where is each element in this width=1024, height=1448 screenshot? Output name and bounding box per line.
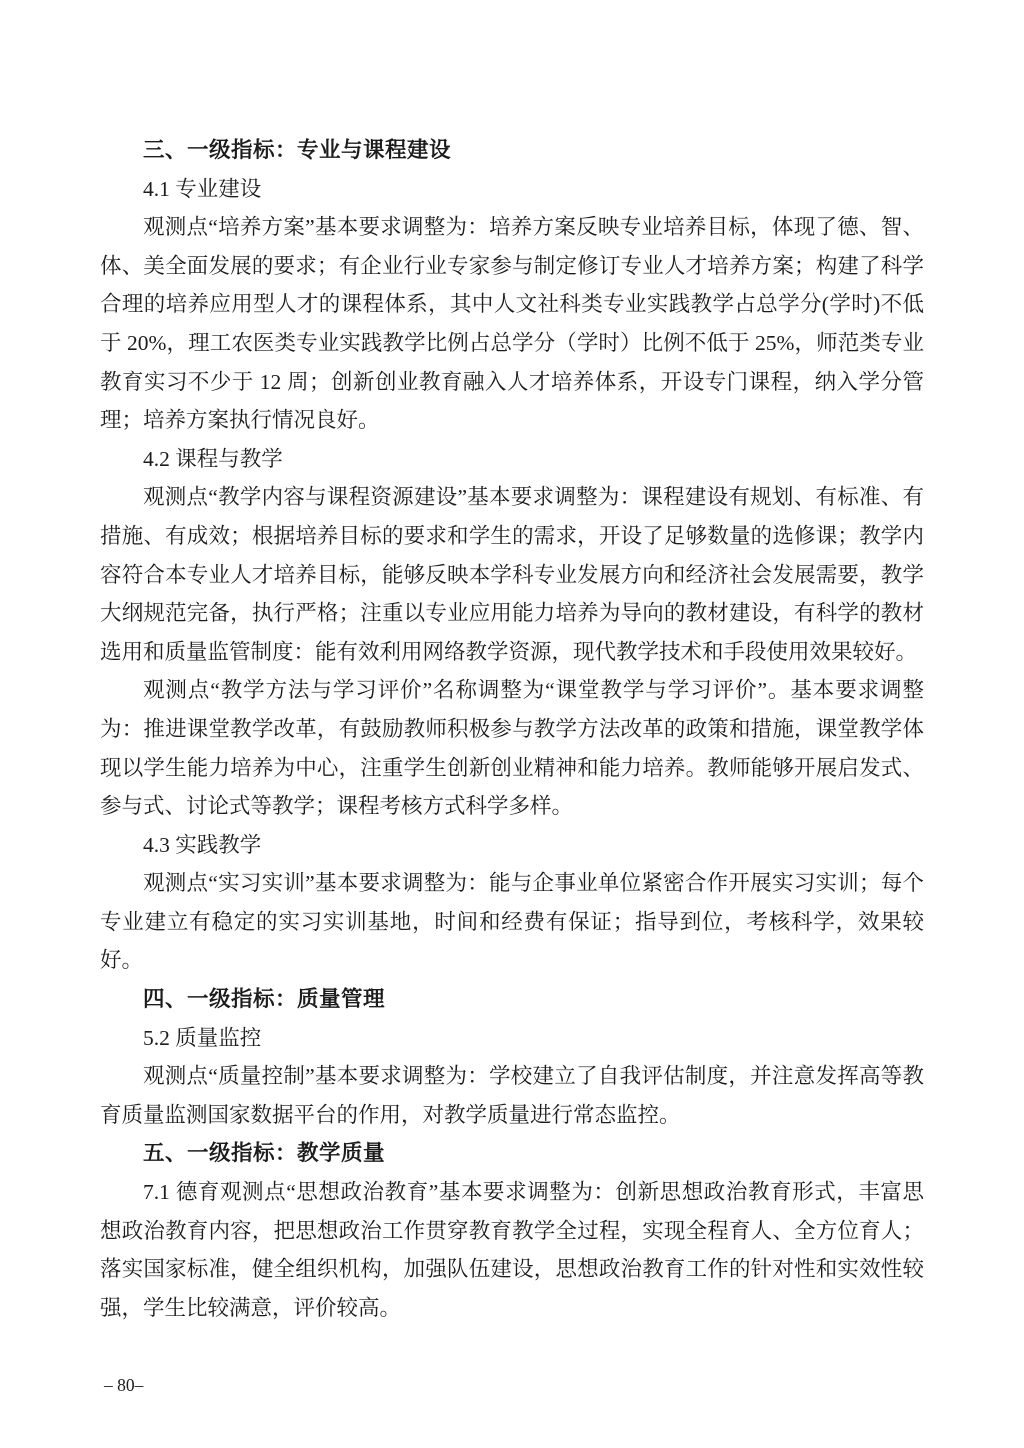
paragraph-practice-training: 观测点“实习实训”基本要求调整为：能与企事业单位紧密合作开展实习实训；每个专业建…: [100, 864, 924, 980]
paragraph-teaching-methods: 观测点“教学方法与学习评价”名称调整为“课堂教学与学习评价”。基本要求调整为：推…: [100, 671, 924, 825]
page-number: – 80–: [104, 1375, 143, 1396]
section-heading-4: 四、一级指标：质量管理: [100, 980, 924, 1019]
section-heading-5: 五、一级指标：教学质量: [100, 1134, 924, 1173]
section-heading-3: 三、一级指标：专业与课程建设: [100, 131, 924, 170]
subsection-heading-4-1: 4.1 专业建设: [100, 170, 924, 209]
paragraph-course-content: 观测点“教学内容与课程资源建设”基本要求调整为：课程建设有规划、有标准、有措施、…: [100, 478, 924, 671]
subsection-heading-4-2: 4.2 课程与教学: [100, 440, 924, 479]
document-content: 三、一级指标：专业与课程建设 4.1 专业建设 观测点“培养方案”基本要求调整为…: [100, 131, 924, 1327]
subsection-heading-4-3: 4.3 实践教学: [100, 826, 924, 865]
document-page: 三、一级指标：专业与课程建设 4.1 专业建设 观测点“培养方案”基本要求调整为…: [0, 0, 1024, 1448]
paragraph-training-plan: 观测点“培养方案”基本要求调整为：培养方案反映专业培养目标，体现了德、智、体、美…: [100, 208, 924, 440]
subsection-heading-5-2: 5.2 质量监控: [100, 1019, 924, 1058]
paragraph-quality-control: 观测点“质量控制”基本要求调整为：学校建立了自我评估制度，并注意发挥高等教育质量…: [100, 1057, 924, 1134]
paragraph-moral-education: 7.1 德育观测点“思想政治教育”基本要求调整为：创新思想政治教育形式，丰富思想…: [100, 1173, 924, 1327]
